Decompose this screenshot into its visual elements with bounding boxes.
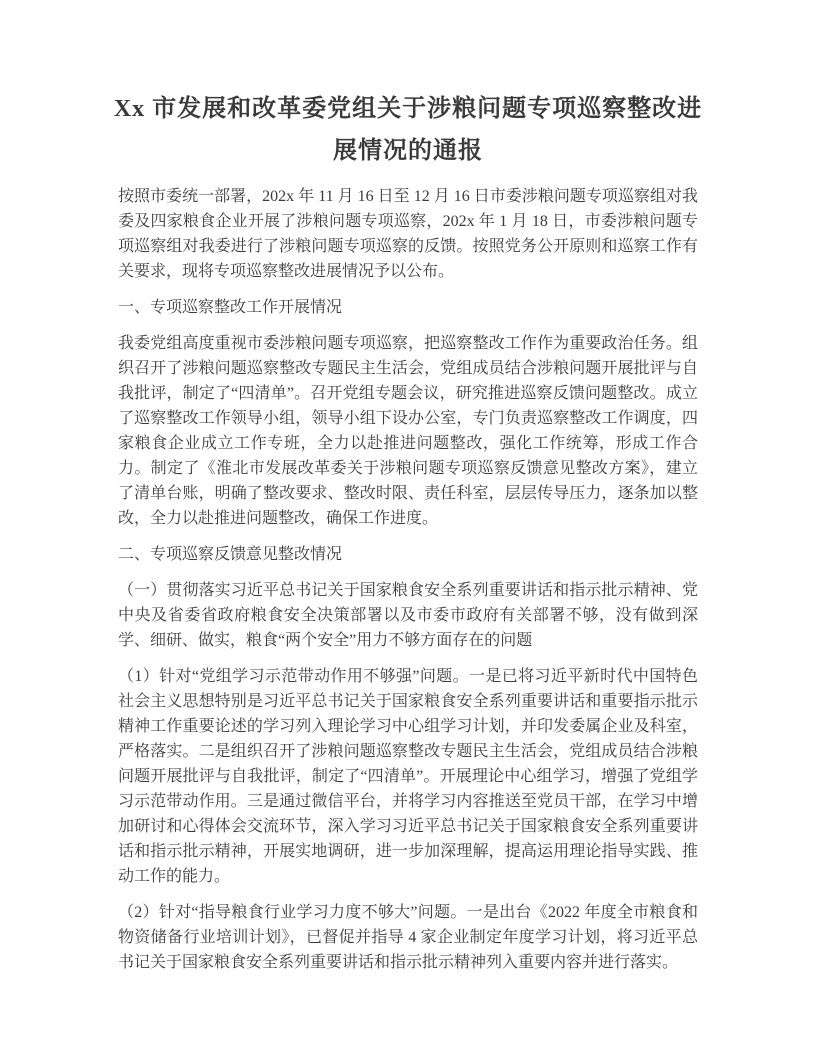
section-heading-2: 二、专项巡察反馈意见整改情况 bbox=[118, 542, 698, 567]
section-heading-1: 一、专项巡察整改工作开展情况 bbox=[118, 295, 698, 320]
item-1-paragraph: （1）针对“党组学习示范带动作用不够强”问题。一是已将习近平新时代中国特色社会主… bbox=[118, 664, 698, 889]
section-1-body-paragraph: 我委党组高度重视市委涉粮问题专项巡察，把巡察整改工作作为重要政治任务。组织召开了… bbox=[118, 331, 698, 531]
item-2-paragraph: （2）针对“指导粮食行业学习力度不够大”问题。一是出台《2022 年度全市粮食和… bbox=[118, 900, 698, 975]
subsection-heading-1: （一）贯彻落实习近平总书记关于国家粮食安全系列重要讲话和指示批示精神、党中央及省… bbox=[118, 578, 698, 653]
intro-paragraph: 按照市委统一部署，202x 年 11 月 16 日至 12 月 16 日市委涉粮… bbox=[118, 184, 698, 284]
document-page: Xx 市发展和改革委党组关于涉粮问题专项巡察整改进展情况的通报 按照市委统一部署… bbox=[0, 0, 816, 1056]
document-title: Xx 市发展和改革委党组关于涉粮问题专项巡察整改进展情况的通报 bbox=[102, 88, 714, 172]
